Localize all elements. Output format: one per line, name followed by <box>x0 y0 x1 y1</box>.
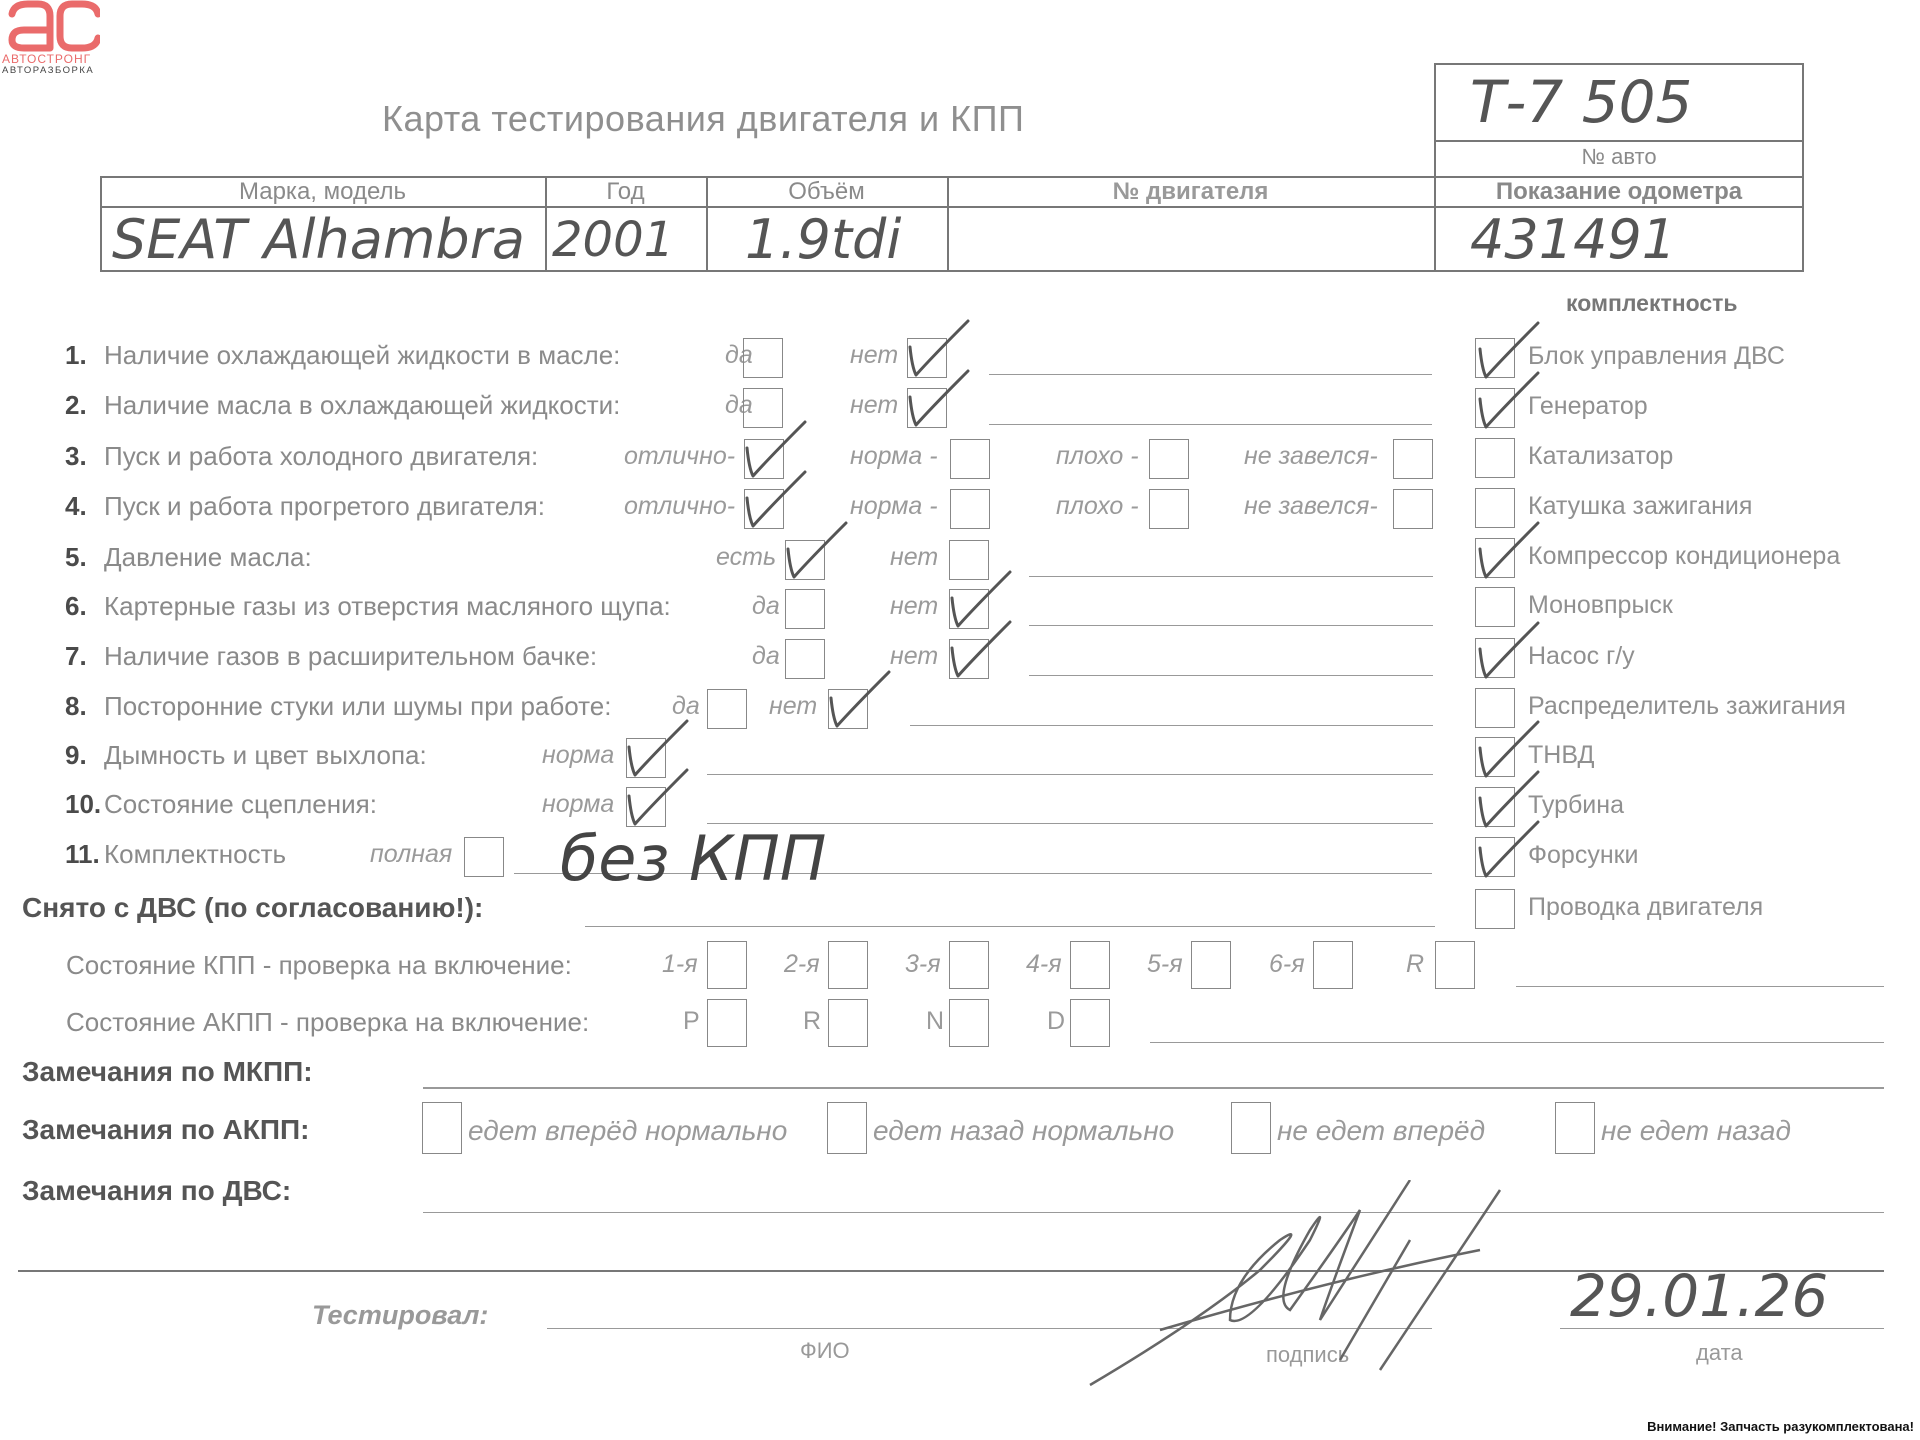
completeness-checkbox[interactable] <box>1475 787 1515 827</box>
gear-label: 3-я <box>905 950 941 979</box>
option-label: норма - <box>850 492 938 521</box>
option-label: не завелся- <box>1244 492 1378 521</box>
notes-line[interactable] <box>910 725 1433 726</box>
option-checkbox[interactable] <box>743 338 783 378</box>
option-checkbox[interactable] <box>828 689 868 729</box>
gear-checkbox[interactable] <box>1435 941 1475 989</box>
option-checkbox[interactable] <box>950 489 990 529</box>
notes-line[interactable] <box>1029 675 1433 676</box>
completeness-label: Проводка двигателя <box>1528 893 1763 922</box>
notes-line[interactable] <box>989 424 1432 425</box>
completeness-label: Моновпрыск <box>1528 591 1673 620</box>
option-checkbox[interactable] <box>785 540 825 580</box>
completeness-checkbox[interactable] <box>1475 488 1515 528</box>
col-volume: Объём <box>706 178 947 206</box>
option-label: нет <box>890 642 938 671</box>
option-label: норма <box>542 741 614 770</box>
date-caption: дата <box>1696 1340 1743 1366</box>
completeness-label: Турбина <box>1528 791 1624 820</box>
tested-by-label: Тестировал: <box>312 1300 488 1331</box>
option-checkbox[interactable] <box>1149 439 1189 479</box>
option-checkbox[interactable] <box>785 589 825 629</box>
completeness-label: Генератор <box>1528 392 1648 421</box>
gear-checkbox[interactable] <box>828 941 868 989</box>
test-label: Наличие масла в охлаждающей жидкости: <box>104 390 620 421</box>
gear-label: 5-я <box>1147 950 1183 979</box>
completeness-checkbox[interactable] <box>1475 889 1515 929</box>
option-checkbox[interactable] <box>949 540 989 580</box>
removed-line <box>585 926 1435 927</box>
test-label: Комплектность <box>104 839 286 870</box>
akpp-remark-label: едет вперёд нормально <box>468 1115 787 1147</box>
logo-brand: АВТОСТРОНГ <box>2 52 91 66</box>
test-number: 5. <box>65 542 87 573</box>
odometer-value[interactable]: 431491 <box>1470 208 1676 271</box>
option-checkbox[interactable] <box>949 589 989 629</box>
completeness-checkbox[interactable] <box>1475 587 1515 627</box>
option-label: отлично- <box>624 492 735 521</box>
notes-line[interactable] <box>1029 576 1433 577</box>
gear-label: 6-я <box>1269 950 1305 979</box>
completeness-checkbox[interactable] <box>1475 338 1515 378</box>
gear-label: N <box>926 1007 944 1036</box>
name-caption: ФИО <box>800 1338 850 1364</box>
gear-label: R <box>803 1007 821 1036</box>
option-checkbox[interactable] <box>1393 439 1433 479</box>
gear-checkbox[interactable] <box>1313 941 1353 989</box>
form-title: Карта тестирования двигателя и КПП <box>382 98 1024 140</box>
completeness-checkbox[interactable] <box>1475 438 1515 478</box>
completeness-checkbox[interactable] <box>1475 737 1515 777</box>
option-label: нет <box>890 592 938 621</box>
completeness-label: Распределитель зажигания <box>1528 692 1846 721</box>
gear-checkbox[interactable] <box>949 999 989 1047</box>
option-label: норма <box>542 790 614 819</box>
col-engine-number: № двигателя <box>947 178 1434 206</box>
option-label: да <box>672 692 700 721</box>
option-checkbox[interactable] <box>626 787 666 827</box>
signature-scribble-icon <box>1080 1180 1520 1390</box>
option-checkbox[interactable] <box>744 489 784 529</box>
option-label: отлично- <box>624 442 735 471</box>
completeness-checkbox[interactable] <box>1475 638 1515 678</box>
checkmark-icon <box>621 717 691 781</box>
gear-checkbox[interactable] <box>1070 999 1110 1047</box>
completeness-checkbox[interactable] <box>1475 688 1515 728</box>
test-label: Пуск и работа прогретого двигателя: <box>104 491 545 522</box>
option-label: нет <box>850 341 898 370</box>
auto-gearbox-label: Состояние АКПП - проверка на включение: <box>66 1007 589 1038</box>
make-model-value[interactable]: SEAT Alhambra <box>112 208 525 271</box>
option-checkbox[interactable] <box>744 439 784 479</box>
test-number: 4. <box>65 491 87 522</box>
col-make-model: Марка, модель <box>100 178 545 206</box>
removed-from-engine-label: Снято с ДВС (по согласованию!): <box>22 892 483 924</box>
test-number: 9. <box>65 740 87 771</box>
completeness-label: Компрессор кондиционера <box>1528 542 1840 571</box>
notes-line[interactable] <box>989 374 1432 375</box>
option-checkbox[interactable] <box>907 338 947 378</box>
remarks-mkpp-label: Замечания по МКПП: <box>22 1056 313 1088</box>
test-label: Пуск и работа холодного двигателя: <box>104 441 538 472</box>
gear-label: 4-я <box>1026 950 1062 979</box>
test-number: 11. <box>65 839 100 870</box>
gear-label: P <box>683 1007 700 1036</box>
option-label: да <box>752 592 780 621</box>
manual-gearbox-label: Состояние КПП - проверка на включение: <box>66 950 572 981</box>
gear-checkbox[interactable] <box>1191 941 1231 989</box>
logo-subtitle: АВТОРАЗБОРКА <box>2 65 94 76</box>
completeness-label: ТНВД <box>1528 741 1594 770</box>
test-label: Дымность и цвет выхлопа: <box>104 740 427 771</box>
akpp-remark-label: не едет вперёд <box>1277 1115 1485 1147</box>
option-checkbox[interactable] <box>743 388 783 428</box>
completeness-label: Блок управления ДВС <box>1528 342 1785 371</box>
completeness-label: Катушка зажигания <box>1528 492 1752 521</box>
col-odometer: Показание одометра <box>1434 178 1804 206</box>
remarks-akpp-label: Замечания по АКПП: <box>22 1114 309 1146</box>
gear-label: R <box>1406 950 1424 979</box>
option-label: да <box>752 642 780 671</box>
option-label: плохо - <box>1056 492 1139 521</box>
option-label: нет <box>850 391 898 420</box>
gear-checkbox[interactable] <box>949 941 989 989</box>
test-number: 10. <box>65 789 101 820</box>
gear-label: 2-я <box>784 950 820 979</box>
checkmark-icon <box>902 317 972 381</box>
option-checkbox[interactable] <box>707 689 747 729</box>
option-checkbox[interactable] <box>1149 489 1189 529</box>
gear-checkbox[interactable] <box>707 941 747 989</box>
akpp-remark-label: не едет назад <box>1601 1115 1791 1147</box>
car-number-label: № авто <box>1434 144 1804 170</box>
test-number: 3. <box>65 441 87 472</box>
year-value[interactable]: 2001 <box>552 212 674 268</box>
test-label: Наличие охлаждающей жидкости в масле: <box>104 340 620 371</box>
test-number: 8. <box>65 691 87 722</box>
test-label: Состояние сцепления: <box>104 789 377 820</box>
option-checkbox[interactable] <box>949 639 989 679</box>
gear-checkbox[interactable] <box>1070 941 1110 989</box>
test-label: Давление масла: <box>104 542 312 573</box>
date-value[interactable]: 29.01.26 <box>1570 1262 1828 1330</box>
option-label: есть <box>716 543 776 572</box>
option-label: норма - <box>850 442 938 471</box>
remarks-dvs-label: Замечания по ДВС: <box>22 1175 291 1207</box>
test-label: Посторонние стуки или шумы при работе: <box>104 691 611 722</box>
volume-value[interactable]: 1.9tdi <box>745 208 901 271</box>
test-label: Наличие газов в расширительном бачке: <box>104 641 597 672</box>
akpp-remark-checkbox[interactable] <box>422 1102 462 1154</box>
option-label: полная <box>370 840 452 869</box>
gear-label: 1-я <box>662 950 698 979</box>
gear-checkbox[interactable] <box>707 999 747 1047</box>
test-number: 2. <box>65 390 87 421</box>
car-number-value[interactable]: Т-7 505 <box>1470 68 1692 136</box>
akpp-remark-label: едет назад нормально <box>873 1115 1174 1147</box>
warning-footer: Внимание! Запчасть разукомплектована! <box>1647 1419 1914 1434</box>
completeness-checkbox[interactable] <box>1475 837 1515 877</box>
completeness-checkbox[interactable] <box>1475 388 1515 428</box>
gear-checkbox[interactable] <box>828 999 868 1047</box>
test-number: 6. <box>65 591 87 622</box>
logo-ac-icon <box>4 0 100 56</box>
completeness-note[interactable]: без КПП <box>560 822 826 895</box>
option-checkbox[interactable] <box>950 439 990 479</box>
checkmark-icon <box>780 519 850 583</box>
option-checkbox[interactable] <box>626 738 666 778</box>
akpp-remark-checkbox[interactable] <box>1231 1102 1271 1154</box>
test-number: 1. <box>65 340 87 371</box>
col-year: Год <box>545 178 706 206</box>
completeness-label: Катализатор <box>1528 442 1673 471</box>
option-label: нет <box>890 543 938 572</box>
option-checkbox[interactable] <box>464 837 504 877</box>
completeness-label: Насос г/у <box>1528 642 1635 671</box>
option-label: плохо - <box>1056 442 1139 471</box>
completeness-label: Форсунки <box>1528 841 1639 870</box>
notes-line[interactable] <box>1029 625 1433 626</box>
checkmark-icon <box>823 668 893 732</box>
option-label: не завелся- <box>1244 442 1378 471</box>
akpp-remark-checkbox[interactable] <box>827 1102 867 1154</box>
akpp-remark-checkbox[interactable] <box>1555 1102 1595 1154</box>
test-label: Картерные газы из отверстия масляного щу… <box>104 591 671 622</box>
gear-label: D <box>1047 1007 1065 1036</box>
option-checkbox[interactable] <box>785 639 825 679</box>
option-label: нет <box>769 692 817 721</box>
option-checkbox[interactable] <box>1393 489 1433 529</box>
test-number: 7. <box>65 641 87 672</box>
notes-line[interactable] <box>707 774 1433 775</box>
completeness-title: комплектность <box>1566 290 1738 317</box>
option-checkbox[interactable] <box>907 388 947 428</box>
completeness-checkbox[interactable] <box>1475 538 1515 578</box>
remarks-mkpp-line[interactable] <box>423 1087 1884 1089</box>
